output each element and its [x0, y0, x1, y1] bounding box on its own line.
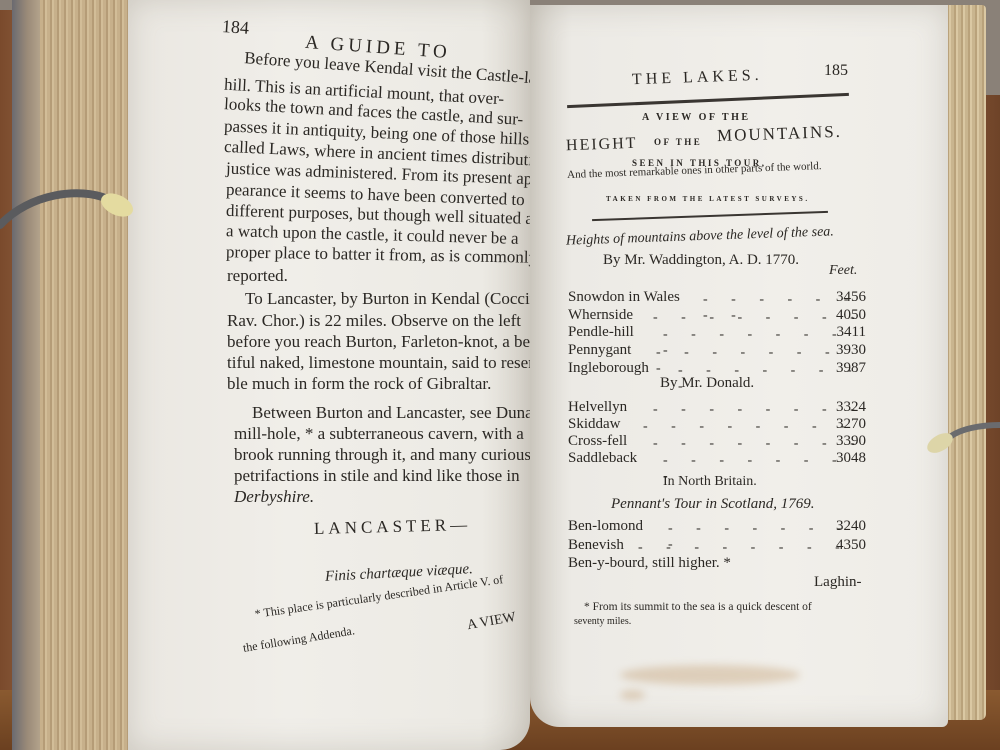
- text-line: Rav. Chor.) is 22 miles. Observe on the …: [227, 312, 521, 329]
- text-line: petrifactions in stile and kind like tho…: [234, 467, 520, 484]
- mountain-height: 3390: [836, 433, 866, 450]
- mountain-name: Cross-fell: [568, 433, 627, 450]
- text-line: Derbyshire.: [234, 488, 314, 505]
- page-edges-right: [944, 5, 986, 720]
- title-mountains: MOUNTAINS.: [717, 123, 842, 144]
- mountain-name: Skiddaw: [568, 416, 621, 433]
- mountain-height: 4050: [836, 307, 866, 324]
- page-holder-left-icon: [0, 185, 140, 245]
- paper-stain: [620, 665, 800, 685]
- right-footnote-line-1: * From its summit to the sea is a quick …: [584, 602, 812, 614]
- text-line: tiful naked, limestone mountain, said to…: [227, 354, 547, 371]
- mountain-name: Saddleback: [568, 450, 637, 467]
- table-row: Snowdon in Wales - - - - - - - - 3456: [568, 289, 866, 307]
- mountain-name: Ben-lomond: [568, 518, 643, 535]
- mountain-height: 3048: [836, 450, 866, 467]
- mountain-name: Pendle-hill: [568, 324, 634, 341]
- title-line-5: TAKEN FROM THE LATEST SURVEYS.: [606, 196, 810, 203]
- mountain-height: 3930: [836, 342, 866, 359]
- mountain-name: Whernside: [568, 307, 633, 324]
- title-height: HEIGHT: [566, 136, 638, 154]
- mountain-height: 3987: [836, 360, 866, 377]
- table-row: Skiddaw - - - - - - - - 3270: [568, 416, 866, 434]
- right-page-number: 185: [824, 63, 848, 79]
- text-line: To Lancaster, by Burton in Kendal (Cocci…: [245, 290, 556, 307]
- section-3-heading: In North Britain.: [663, 475, 757, 489]
- text-line: ble much in form the rock of Gibraltar.: [227, 375, 491, 392]
- text-line: Between Burton and Lancaster, see Dunald…: [252, 404, 552, 421]
- table-row: Cross-fell - - - - - - - - 3390: [568, 433, 866, 451]
- leader-dots: - - - - - - - -: [638, 540, 850, 556]
- left-page-number: 184: [221, 17, 249, 37]
- table-row: Saddleback - - - - - - - - 3048: [568, 450, 866, 468]
- section-3-subheading: Pennant's Tour in Scotland, 1769.: [611, 497, 815, 512]
- text-line: before you reach Burton, Farleton-knot, …: [227, 333, 552, 350]
- paper-stain: [620, 690, 645, 700]
- table-row: Whernside - - - - - - - - 4050: [568, 307, 866, 325]
- mountain-name: Ingleborough: [568, 360, 649, 377]
- section-heading-lancaster: LANCASTER—: [314, 516, 472, 537]
- title-of-the: OF THE: [654, 138, 702, 147]
- mountain-height: 3456: [836, 289, 866, 306]
- section-1-heading: By Mr. Waddington, A. D. 1770.: [603, 253, 799, 268]
- mountain-name: Benevish: [568, 537, 624, 554]
- section-2-heading: By Mr. Donald.: [660, 376, 754, 391]
- table-row: Ben-y-bourd, still higher. *: [568, 555, 866, 573]
- mountain-name: Helvellyn: [568, 399, 627, 416]
- right-catchword: Laghin-: [814, 575, 861, 590]
- table-row: Pennygant - - - - - - - - 3930: [568, 342, 866, 360]
- unit-label: Feet.: [829, 264, 857, 278]
- mountain-name: Ben-y-bourd, still higher. *: [568, 555, 731, 572]
- page-edges-left: [40, 0, 132, 750]
- mountain-height: 3411: [837, 324, 866, 341]
- text-line: mill-hole, * a subterraneous cavern, wit…: [234, 425, 524, 442]
- mountain-name: Pennygant: [568, 342, 631, 359]
- mountain-height: 3270: [836, 416, 866, 433]
- page-holder-right-icon: [920, 415, 1000, 465]
- text-line: reported.: [227, 267, 288, 284]
- mountain-height: 3324: [836, 399, 866, 416]
- right-footnote-line-2: seventy miles.: [574, 617, 631, 627]
- table-row: Helvellyn - - - - - - - - 3324: [568, 399, 866, 417]
- text-line: brook running through it, and many curio…: [234, 446, 531, 463]
- book-cover-left: [12, 0, 42, 750]
- mountain-height: 3240: [836, 518, 866, 535]
- mountain-height: 4350: [836, 537, 866, 554]
- title-line-1: A VIEW OF THE: [642, 113, 751, 123]
- table-row: Benevish - - - - - - - - 4350: [568, 537, 866, 555]
- mountain-name: Snowdon in Wales: [568, 289, 680, 306]
- table-row: Ben-lomond - - - - - - - - 3240: [568, 518, 866, 536]
- table-row: Pendle-hill - - - - - - - - 3411: [568, 324, 866, 342]
